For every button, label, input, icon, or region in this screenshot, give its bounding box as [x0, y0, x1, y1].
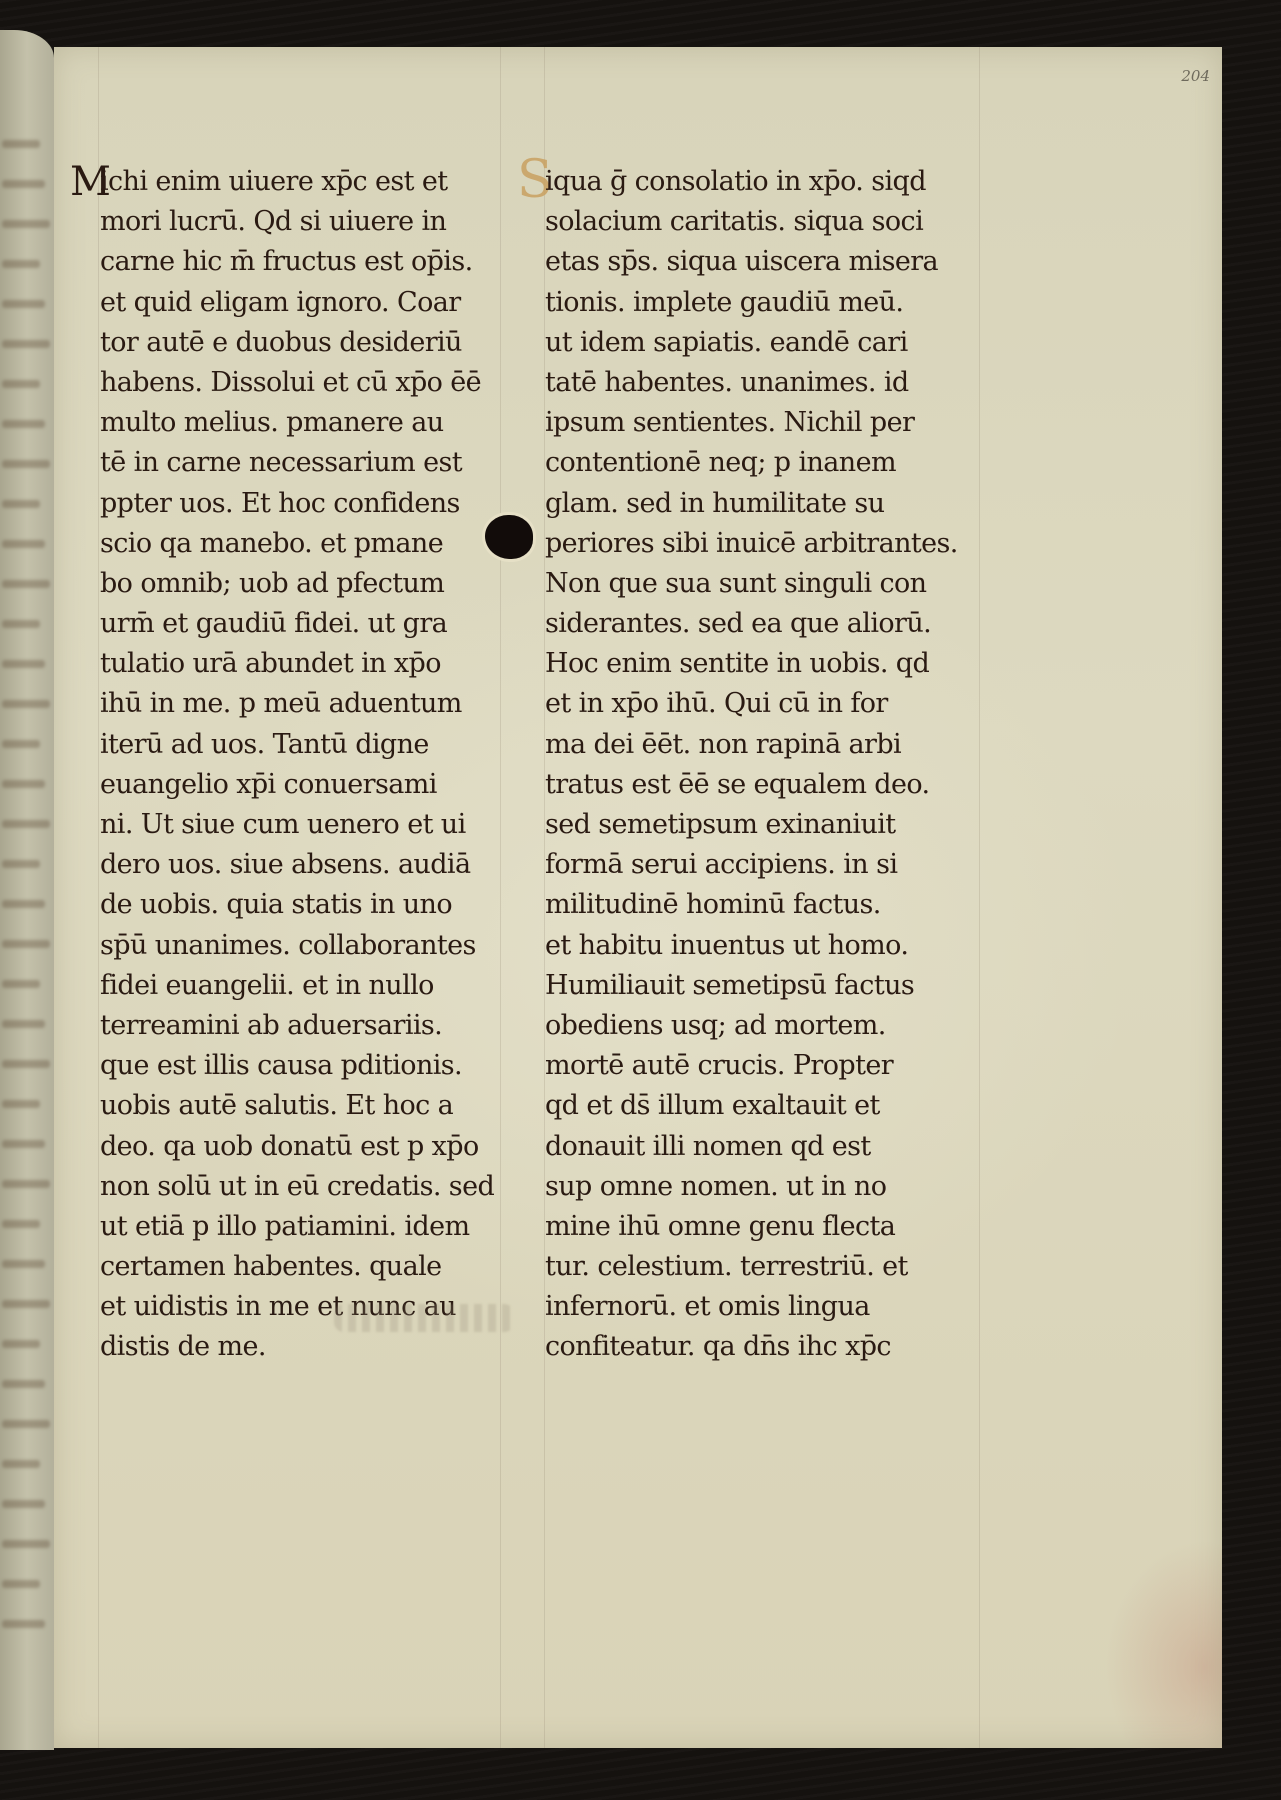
manuscript-folio: 204 M ichi enim uiuere xp̄c est etmori l…: [54, 47, 1222, 1748]
text-line: ut idem sapiatis. eandē cari: [545, 323, 1015, 363]
text-line: Humiliauit semetipsū factus: [545, 966, 1015, 1006]
text-line: non solū ut in eū credatis. sed: [100, 1167, 550, 1207]
text-line: mortē autē crucis. Propter: [545, 1046, 1015, 1086]
text-line: siderantes. sed ea que aliorū.: [545, 604, 1015, 644]
text-line: sp̄ū unanimes. collaborantes: [100, 926, 550, 966]
text-line: Hoc enim sentite in uobis. qd: [545, 644, 1015, 684]
bleed-through-text: [2, 1060, 50, 1068]
text-line: et in xp̄o ihū. Qui cū in for: [545, 684, 1015, 724]
text-line: glam. sed in humilitate su: [545, 484, 1015, 524]
text-line: ni. Ut siue cum uenero et ui: [100, 805, 550, 845]
text-line: dero uos. siue absens. audiā: [100, 845, 550, 885]
bleed-through-text: [2, 1180, 50, 1188]
bleed-through-text: [2, 780, 45, 788]
bleed-through-text: [2, 1460, 40, 1468]
bleed-through-text: [2, 300, 45, 308]
text-line: tor autē e duobus desideriū: [100, 323, 550, 363]
bleed-through-text: [2, 340, 50, 348]
folio-number: 204: [1181, 67, 1210, 85]
text-line: ichi enim uiuere xp̄c est et: [100, 162, 550, 202]
text-line: Non que sua sunt singuli con: [545, 564, 1015, 604]
text-line: uobis autē salutis. Et hoc a: [100, 1086, 550, 1126]
text-line: euangelio xp̄i conuersami: [100, 765, 550, 805]
bleed-through-text: [2, 1420, 50, 1428]
bleed-through-text: [2, 1300, 50, 1308]
bleed-through-text: [2, 900, 45, 908]
ink-offset-smudge: [334, 1304, 514, 1332]
bleed-through-text: [2, 500, 40, 508]
text-line: mori lucrū. Qd si uiuere in: [100, 202, 550, 242]
bleed-through-text: [2, 660, 45, 668]
text-line: tratus est ēē se equalem deo.: [545, 765, 1015, 805]
text-line: bo omnib; uob ad pfectum: [100, 564, 550, 604]
bleed-through-text: [2, 1340, 40, 1348]
text-line: tur. celestium. terrestriū. et: [545, 1247, 1015, 1287]
text-line: urm̄ et gaudiū fidei. ut gra: [100, 604, 550, 644]
bleed-through-text: [2, 740, 40, 748]
text-line: donauit illi nomen qd est: [545, 1127, 1015, 1167]
bleed-through-text: [2, 820, 50, 828]
text-line: multo melius. pmanere au: [100, 403, 550, 443]
text-line: solacium caritatis. siqua soci: [545, 202, 1015, 242]
bleed-through-text: [2, 580, 50, 588]
text-line: ut etiā p illo patiamini. idem: [100, 1207, 550, 1247]
text-line: infernorū. et omis lingua: [545, 1287, 1015, 1327]
bleed-through-text: [2, 420, 45, 428]
text-line: que est illis causa pditionis.: [100, 1046, 550, 1086]
text-line: periores sibi inuicē arbitrantes.: [545, 524, 1015, 564]
text-line: et habitu inuentus ut homo.: [545, 926, 1015, 966]
text-line: militudinē hominū factus.: [545, 885, 1015, 925]
bleed-through-text: [2, 540, 45, 548]
text-line: contentionē neq; p inanem: [545, 443, 1015, 483]
text-line: habens. Dissolui et cū xp̄o ēē: [100, 363, 550, 403]
text-line: scio qa manebo. et pmane: [100, 524, 550, 564]
bleed-through-text: [2, 180, 45, 188]
bleed-through-text: [2, 220, 50, 228]
text-line: distis de me.: [100, 1327, 550, 1367]
text-line: mine ihū omne genu flecta: [545, 1207, 1015, 1247]
text-line: deo. qa uob donatū est p xp̄o: [100, 1127, 550, 1167]
bleed-through-text: [2, 1260, 45, 1268]
text-line: ihū in me. p meū aduentum: [100, 684, 550, 724]
text-line: obediens usq; ad mortem.: [545, 1006, 1015, 1046]
text-line: sed semetipsum exinaniuit: [545, 805, 1015, 845]
text-line: etas sp̄s. siqua uiscera misera: [545, 242, 1015, 282]
text-line: ma dei ēēt. non rapinā arbi: [545, 725, 1015, 765]
text-line: fidei euangelii. et in nullo: [100, 966, 550, 1006]
bleed-through-text: [2, 260, 40, 268]
text-line: ppter uos. Et hoc confidens: [100, 484, 550, 524]
parchment-hole: [485, 515, 533, 559]
bleed-through-text: [2, 980, 40, 988]
bleed-through-text: [2, 380, 40, 388]
bleed-through-text: [2, 620, 40, 628]
bleed-through-text: [2, 700, 50, 708]
text-line: ipsum sentientes. Nichil per: [545, 403, 1015, 443]
bleed-through-text: [2, 140, 40, 148]
ruling-line: [98, 47, 99, 1748]
bleed-through-text: [2, 1380, 45, 1388]
text-line: formā serui accipiens. in si: [545, 845, 1015, 885]
text-line: confiteatur. qa dn̄s ihc xp̄c: [545, 1327, 1015, 1367]
bleed-through-text: [2, 1020, 45, 1028]
text-line: de uobis. quia statis in uno: [100, 885, 550, 925]
text-line: tē in carne necessarium est: [100, 443, 550, 483]
bleed-through-text: [2, 1580, 40, 1588]
text-line: tatē habentes. unanimes. id: [545, 363, 1015, 403]
left-text-column: M ichi enim uiuere xp̄c est etmori lucrū…: [100, 162, 550, 1368]
bleed-through-text: [2, 1140, 45, 1148]
text-line: carne hic m̄ fructus est op̄is.: [100, 242, 550, 282]
text-line: qd et ds̄ illum exaltauit et: [545, 1086, 1015, 1126]
right-text-column: S iqua ḡ consolatio in xp̄o. siqdsolaciu…: [545, 162, 1015, 1368]
bleed-through-text: [2, 1540, 50, 1548]
bleed-through-text: [2, 860, 40, 868]
text-line: tionis. implete gaudiū meū.: [545, 283, 1015, 323]
bleed-through-text: [2, 1620, 45, 1628]
text-line: tulatio urā abundet in xp̄o: [100, 644, 550, 684]
text-line: et quid eligam ignoro. Coar: [100, 283, 550, 323]
text-line: certamen habentes. quale: [100, 1247, 550, 1287]
bleed-through-text: [2, 1220, 40, 1228]
bleed-through-text: [2, 1500, 45, 1508]
bleed-through-text: [2, 940, 50, 948]
previous-page-edge: [0, 30, 54, 1750]
text-line: iqua ḡ consolatio in xp̄o. siqd: [545, 162, 1015, 202]
text-line: iterū ad uos. Tantū digne: [100, 725, 550, 765]
bleed-through-text: [2, 460, 50, 468]
bleed-through-text: [2, 1100, 40, 1108]
text-line: terreamini ab aduersariis.: [100, 1006, 550, 1046]
text-line: sup omne nomen. ut in no: [545, 1167, 1015, 1207]
